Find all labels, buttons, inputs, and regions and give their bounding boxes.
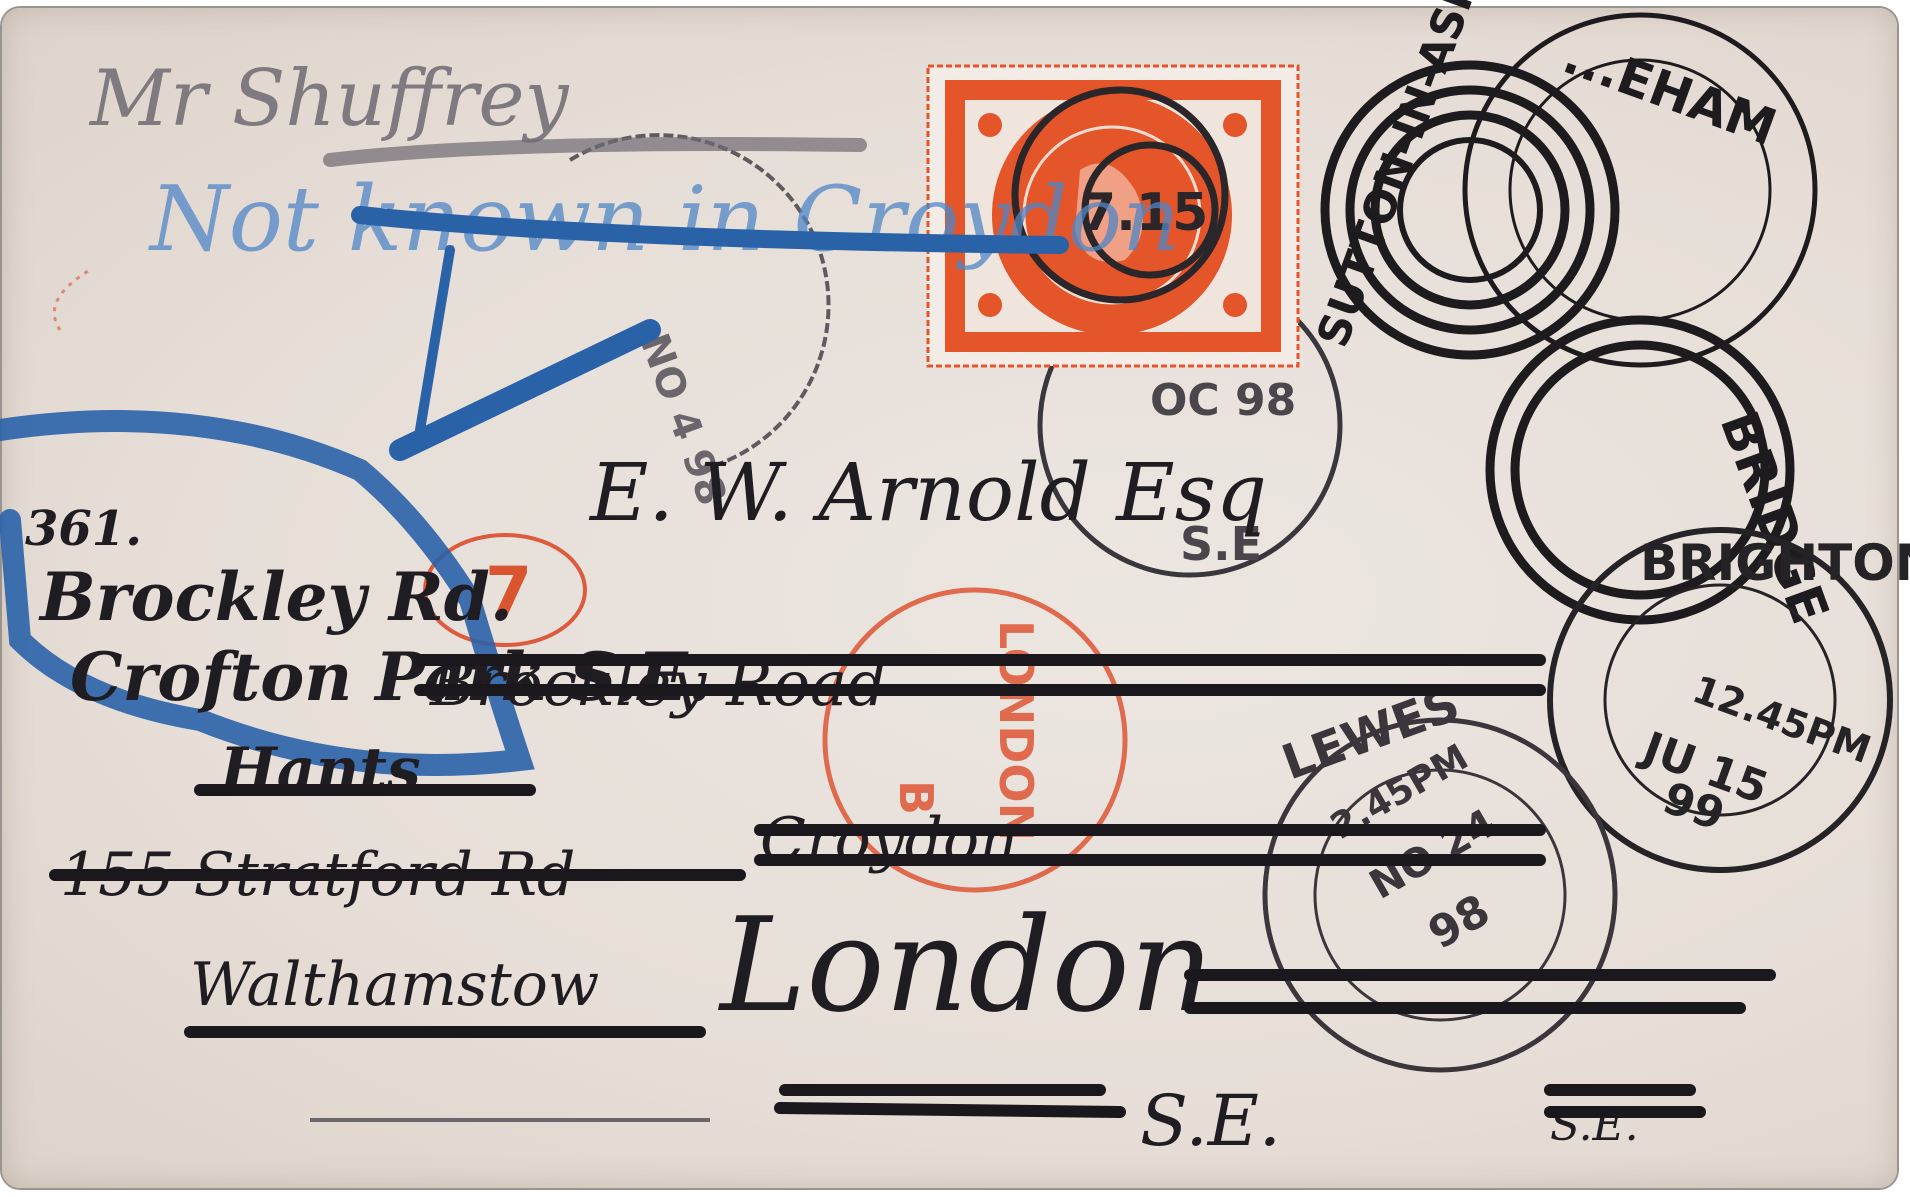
svg-text:361.: 361. — [25, 501, 142, 557]
svg-text:Not known in Croydon: Not known in Croydon — [148, 167, 1180, 272]
faint-red-postmark — [54, 270, 90, 330]
pencil-annotation: Mr Shuffrey — [88, 54, 860, 160]
svg-text:S.E.: S.E. — [1140, 1080, 1281, 1162]
svg-text:Brockley Rd.: Brockley Rd. — [38, 558, 513, 636]
svg-text:Walthamstow: Walthamstow — [190, 950, 599, 1020]
svg-text:Mr Shuffrey: Mr Shuffrey — [88, 54, 570, 144]
postcard-artwork: NO 4 98 OC 98 S.E 7.15 SUTTON-IN-ASHFIEL… — [0, 0, 1910, 1197]
svg-text:98: 98 — [1420, 885, 1499, 960]
svg-text:...EHAM: ...EHAM — [1556, 27, 1784, 157]
svg-text:E. W. Arnold Esq: E. W. Arnold Esq — [588, 446, 1267, 539]
brighton-postmark: BRIGHTON 12.45PM JU 15 99 — [1550, 530, 1910, 870]
svg-text:OC 98: OC 98 — [1150, 375, 1296, 426]
svg-text:BRIGHTON: BRIGHTON — [1640, 534, 1910, 592]
eham-postmark: ...EHAM — [1465, 15, 1815, 365]
svg-text:London: London — [718, 889, 1214, 1041]
